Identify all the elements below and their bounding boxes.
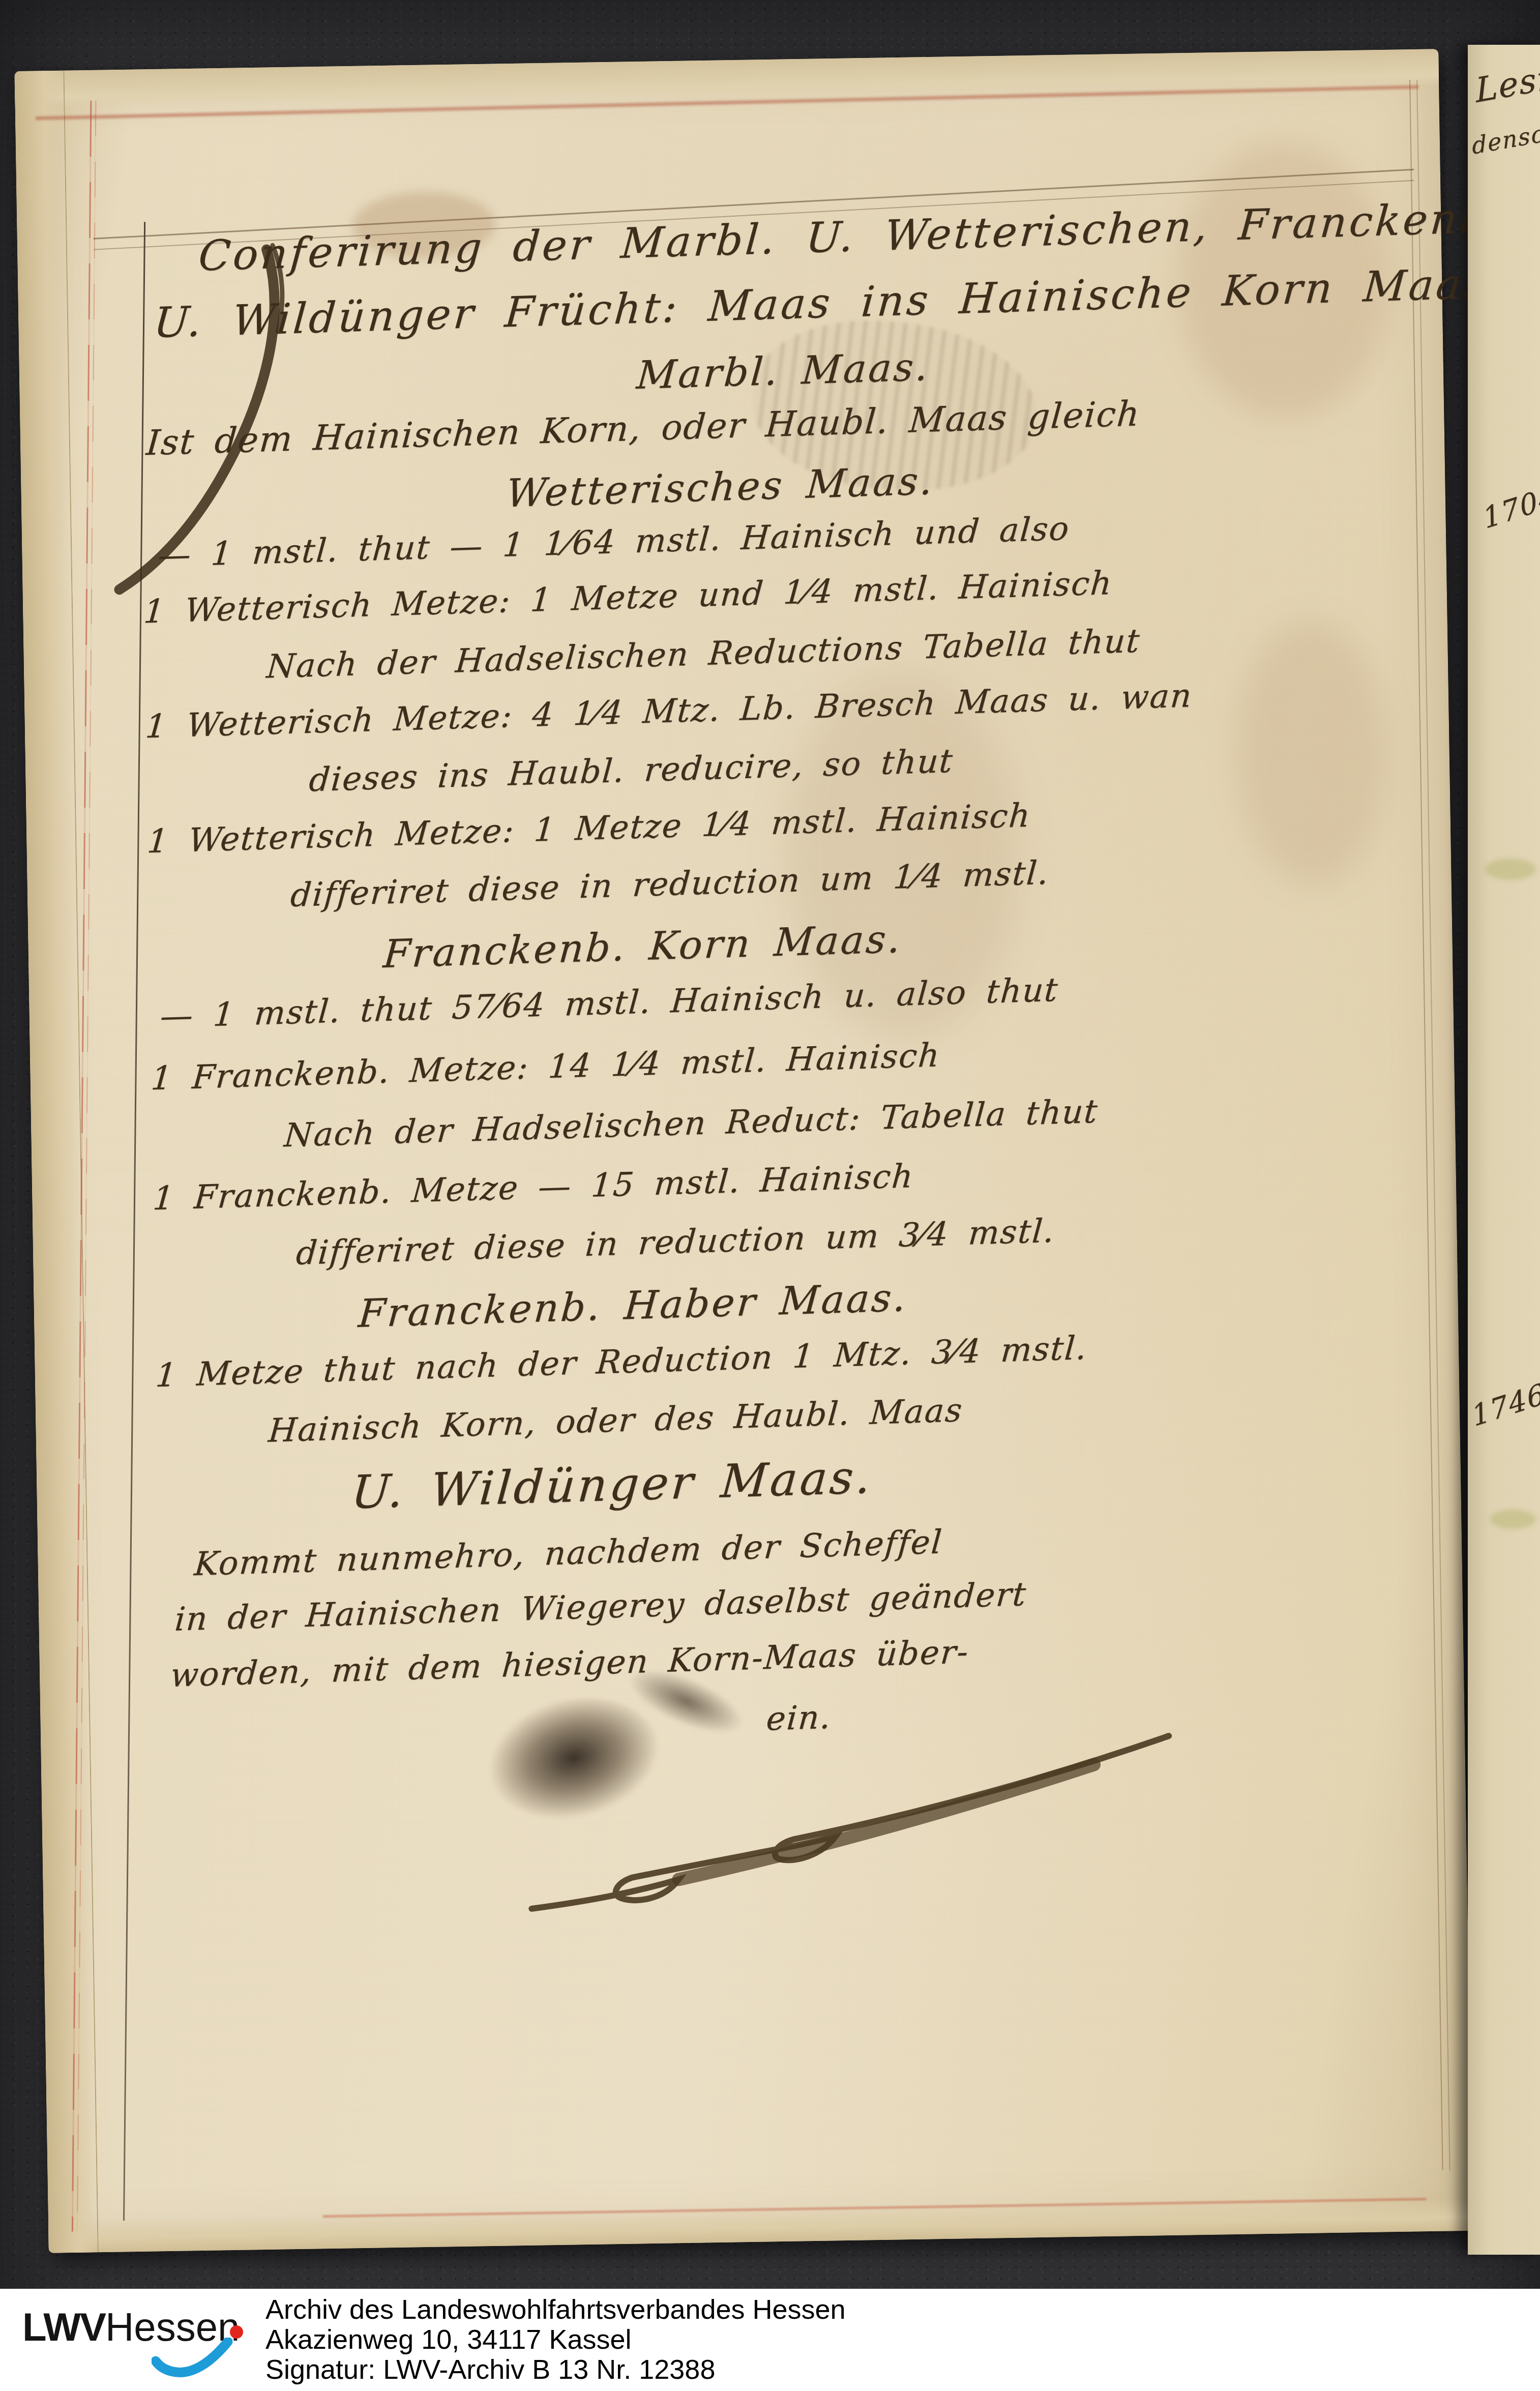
manuscript-line: Kommt nunmehro, nachdem der Scheffel xyxy=(193,1523,944,1583)
archive-address: Akazienweg 10, 34117 Kassel xyxy=(265,2325,846,2355)
archive-name: Archiv des Landeswohlfahrtsverbandes Hes… xyxy=(265,2295,846,2325)
manuscript-page: Conferirung der Marbl. U. Wetterischen, … xyxy=(14,49,1472,2253)
section-heading: Franckenb. Haber Maas. xyxy=(357,1275,909,1336)
pen-flourish xyxy=(509,1716,1193,1925)
lwv-logo-bold: LWV xyxy=(22,2305,105,2349)
manuscript-line: worden, mit dem hiesigen Korn-Maas über- xyxy=(169,1633,970,1695)
manuscript-line: 1 Wetterisch Metze: 4 1⁄4 Mtz. Lb. Bresc… xyxy=(144,677,1194,746)
section-heading: Marbl. Maas. xyxy=(635,344,932,398)
manuscript-line: 1 Franckenb. Metze: 14 1⁄4 mstl. Hainisc… xyxy=(150,1037,941,1098)
green-smear xyxy=(1485,859,1536,880)
manuscript-line: Nach der Hadselischen Reductions Tabella… xyxy=(265,622,1142,686)
green-smear xyxy=(1490,1510,1536,1529)
right-margin-rule xyxy=(1409,80,1443,2170)
handwriting-fragment: Lesi xyxy=(1474,58,1540,110)
logo-smile-swoosh-icon xyxy=(152,2338,234,2378)
logo-red-dot-icon xyxy=(230,2325,243,2339)
foxing-stain xyxy=(1234,619,1390,887)
archive-signature: Signatur: LWV-Archiv B 13 Nr. 12388 xyxy=(265,2355,846,2385)
adjacent-page-strip: Lesi densch 1704 1746 xyxy=(1468,45,1540,2255)
marginal-year-note: 1746 xyxy=(1469,1377,1540,1433)
section-heading: U. Wildünger Maas. xyxy=(349,1451,875,1520)
manuscript-line: Hainisch Korn, oder des Haubl. Maas xyxy=(267,1392,964,1450)
archive-info-block: Archiv des Landeswohlfahrtsverbandes Hes… xyxy=(265,2295,846,2385)
manuscript-line: 1 Metze thut nach der Reduction 1 Mtz. 3… xyxy=(154,1330,1088,1395)
closing-word: ein. xyxy=(765,1698,833,1738)
marginal-year-note: 1704 xyxy=(1480,480,1540,536)
handwriting-fragment: densch xyxy=(1471,116,1540,160)
section-heading: Wetterisches Maas. xyxy=(505,458,936,516)
manuscript-line: differiret diese in reduction um 3⁄4 mst… xyxy=(295,1212,1056,1272)
footer-bar: LWVHessen Archiv des Landeswohlfahrtsver… xyxy=(0,2289,1540,2391)
manuscript-line: Nach der Hadselischen Reduct: Tabella th… xyxy=(283,1093,1100,1155)
manuscript-line: 1 Franckenb. Metze — 15 mstl. Hainisch xyxy=(152,1158,915,1218)
manuscript-line: in der Hainischen Wiegerey daselbst geän… xyxy=(173,1576,1028,1639)
